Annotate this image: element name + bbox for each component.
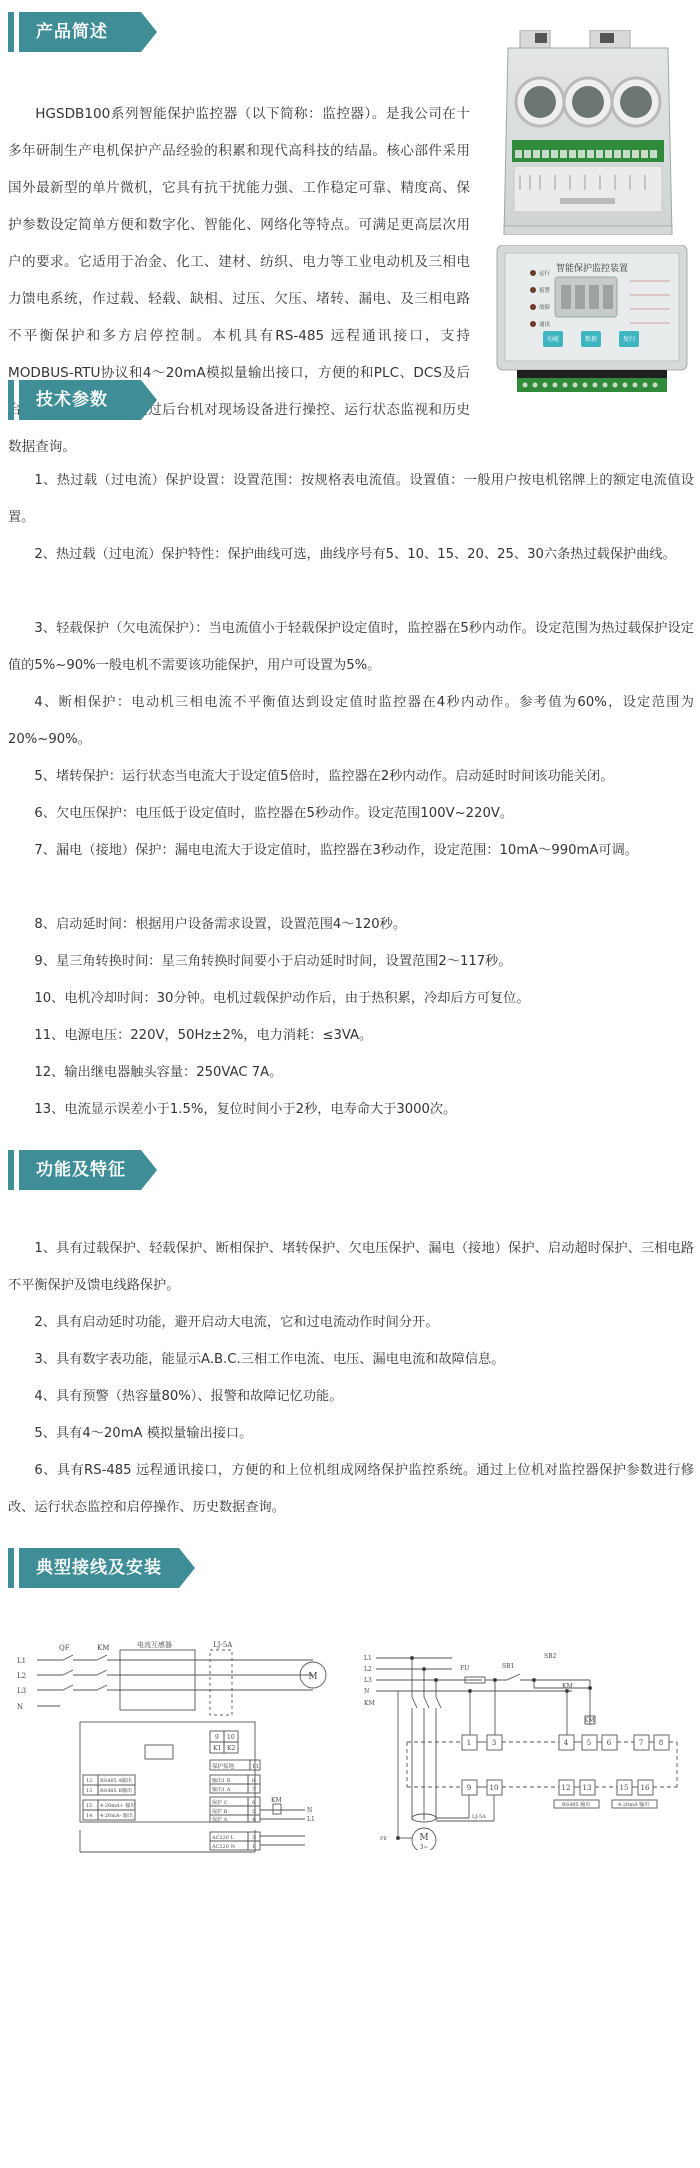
lj-label: LJ-5A xyxy=(213,1641,233,1649)
ma-label: 4-20mA 输出 xyxy=(618,1801,649,1808)
ground-no: 11 xyxy=(252,1764,259,1770)
line-label: L1 xyxy=(17,1657,26,1665)
spec-item: 7、漏电（接地）保护：漏电电流大于设定值时，监控器在3秒动作，设定范围：10mA… xyxy=(8,832,694,869)
terminal-no: 12 xyxy=(86,1778,92,1784)
feature-item: 5、具有4～20mA 模拟量输出接口。 xyxy=(8,1415,694,1452)
terminal-no: 8 xyxy=(659,1739,663,1747)
line-label: L3 xyxy=(364,1677,372,1684)
breaker-label: QF xyxy=(59,1644,70,1652)
ext-n: N xyxy=(307,1807,312,1814)
terminal-label: 4-20mA+ 输出 xyxy=(100,1802,135,1809)
terminal-no: 15 xyxy=(620,1784,629,1792)
line-label: L2 xyxy=(17,1672,26,1680)
header-arrow-icon xyxy=(141,12,157,52)
wiring-diagram-1-power: AC220 L 3 AC220 N 1 xyxy=(15,1830,335,1860)
spec-item: 2、热过载（过电流）保护特性：保护曲线可选，曲线序号有5、10、15、20、25… xyxy=(8,536,694,573)
spec-item: 5、堵转保护：运行状态当电流大于设定值5倍时，监控器在2秒内动作。启动延时时间该… xyxy=(8,758,694,795)
terminal-no: 7 xyxy=(639,1739,643,1747)
terminal-no: 4 xyxy=(252,1817,255,1823)
terminal-label: 保护 B xyxy=(212,1808,228,1815)
ground-label: 保护接地 xyxy=(212,1762,235,1770)
terminal-no: 8 xyxy=(252,1778,255,1784)
device-illustration xyxy=(500,30,675,235)
motor-sub-label: 3~ xyxy=(420,1844,429,1850)
panel-title: 智能保护监控装置 xyxy=(556,262,628,274)
spec-item: 1、热过载（过电流）保护设置：设置范围：按规格表电流值。设置值：一般用户按电机铭… xyxy=(8,462,694,536)
rs485-label: RS485 输出 xyxy=(562,1801,590,1808)
line-label: L3 xyxy=(17,1687,26,1695)
sb1-label: SB1 xyxy=(502,1663,514,1670)
terminal-no: 6 xyxy=(252,1800,255,1806)
line-label: N xyxy=(364,1688,369,1695)
spec-item: 9、星三角转换时间：星三角转换时间要小于启动延时时间，设置范围2～117秒。 xyxy=(8,943,694,980)
spec-item: 11、电源电压：220V，50Hz±2%，电力消耗：≤3VA。 xyxy=(8,1017,694,1054)
ext-l1: L1 xyxy=(307,1816,315,1823)
pe-label: PE xyxy=(380,1836,387,1842)
motor-label: M xyxy=(308,1672,317,1682)
terminal-name: K2 xyxy=(227,1745,235,1752)
feature-item: 6、具有RS-485 远程通讯接口，方便的和上位机组成网络保护监控系统。通过上位… xyxy=(8,1452,694,1526)
panel-button-label: 功能 xyxy=(547,335,559,343)
panel-button-label: 复归 xyxy=(623,335,635,343)
power-terminals-svg: AC220 L 3 AC220 N 1 xyxy=(15,1830,335,1860)
section-title: 产品简述 xyxy=(36,12,108,52)
km-label: KM xyxy=(364,1700,375,1707)
header-bar xyxy=(8,380,14,420)
terminal-label: AC220 L xyxy=(211,1835,235,1841)
indicator-label: 故障 xyxy=(539,303,551,311)
indicator-label: 报警 xyxy=(539,286,551,294)
ext-km: KM xyxy=(271,1797,282,1804)
product-photo-panel: 智能保护监控装置 运行 报警 故障 通讯 功能 数据 复归 xyxy=(495,245,690,400)
contactor-label: KM xyxy=(97,1644,109,1652)
terminal-label: RS485 B输出 xyxy=(100,1787,132,1794)
terminal-no: 1 xyxy=(252,1844,255,1850)
terminal-no: 3 xyxy=(252,1835,255,1841)
section-title: 典型接线及安装 xyxy=(36,1548,162,1588)
section-title: 技术参数 xyxy=(36,380,108,420)
product-photo-device xyxy=(500,30,675,235)
terminal-no: 10 xyxy=(490,1784,499,1792)
terminal-label: 输出1 B xyxy=(212,1777,231,1784)
terminal-no: 3 xyxy=(492,1739,496,1747)
feature-item: 2、具有启动延时功能，避开启动大电流，它和过电流动作时间分开。 xyxy=(8,1304,694,1341)
section-header-specs: 技术参数 xyxy=(8,380,153,420)
terminal-no: 14 xyxy=(86,1813,92,1819)
spec-item: 4、断相保护：电动机三相电流不平衡值达到设定值时监控器在4秒内动作。参考值为60… xyxy=(8,684,694,758)
line-label: L2 xyxy=(364,1666,372,1673)
header-arrow-icon xyxy=(179,1548,195,1588)
feature-item: 3、具有数字表功能，能显示A.B.C.三相工作电流、电压、漏电电流和故障信息。 xyxy=(8,1341,694,1378)
terminal-no: 7 xyxy=(252,1787,255,1793)
spec-item: 3、轻载保护（欠电流保护）：当电流值小于轻载保护设定值时，监控器在5秒内动作。设… xyxy=(8,610,694,684)
section-header-features: 功能及特征 xyxy=(8,1150,153,1190)
wiring-diagram-1-svg: L1 L2 L3 N QF KM 电流互感器 LJ-5A M 9 10 K1 K… xyxy=(15,1630,335,1830)
feature-item: 1、具有过载保护、轻载保护、断相保护、堵转保护、欠电压保护、漏电（接地）保护、启… xyxy=(8,1230,694,1304)
ct-label: 电流互感器 xyxy=(137,1640,172,1649)
terminal-no: 5 xyxy=(252,1809,255,1815)
section-title: 功能及特征 xyxy=(36,1150,126,1190)
terminal-label: 输出1 A xyxy=(212,1786,231,1793)
terminal-label: 保护 A xyxy=(212,1816,228,1823)
header-bar xyxy=(8,1548,14,1588)
terminal-no: 16 xyxy=(641,1784,650,1792)
header-arrow-icon xyxy=(141,1150,157,1190)
terminal-name: K1 xyxy=(213,1745,221,1752)
terminal-no: 6 xyxy=(607,1739,612,1747)
terminal-no: 1 xyxy=(467,1739,471,1747)
terminal-no: 4 xyxy=(564,1739,569,1747)
terminal-label: AC220 N xyxy=(211,1844,236,1850)
terminal-no: 10 xyxy=(227,1734,235,1741)
header-bar xyxy=(8,1150,14,1190)
terminal-no: 15 xyxy=(86,1803,92,1809)
lj-label: LJ-5A xyxy=(472,1814,486,1820)
fu-label: FU xyxy=(460,1665,469,1672)
feature-item: 4、具有预警（热容量80%）、报警和故障记忆功能。 xyxy=(8,1378,694,1415)
spec-item: 13、电流显示误差小于1.5%，复位时间小于2秒，电寿命大于3000次。 xyxy=(8,1091,694,1128)
terminal-label: RS485 A输出 xyxy=(100,1777,132,1784)
km-aux-label: KM xyxy=(562,1683,573,1690)
terminal-no: 13 xyxy=(86,1788,92,1794)
terminal-no: 9 xyxy=(467,1784,471,1792)
line-label: L1 xyxy=(364,1655,372,1662)
section-header-wiring: 典型接线及安装 xyxy=(8,1548,188,1588)
terminal-label: 4-20mA- 输出 xyxy=(100,1812,133,1819)
spec-item: 10、电机冷却时间：30分钟。电机过载保护动作后，由于热积累，冷却后方可复位。 xyxy=(8,980,694,1017)
sb2-label: SB2 xyxy=(544,1653,557,1660)
terminal-no: 9 xyxy=(215,1734,219,1741)
header-bar xyxy=(8,12,14,52)
terminal-label: 保护 C xyxy=(212,1799,228,1806)
spec-item: 8、启动延时间：根据用户设备需求设置，设置范围4～120秒。 xyxy=(8,906,694,943)
section-header-overview: 产品简述 xyxy=(8,12,153,52)
header-arrow-icon xyxy=(141,380,157,420)
coil-label: KM xyxy=(584,1717,595,1724)
panel-button-label: 数据 xyxy=(585,335,597,343)
wiring-diagram-2-svg: L1 L2 L3 N KM FU SB1 SB2 KM KM xyxy=(362,1650,682,1850)
motor-label: M xyxy=(419,1833,428,1843)
spec-item: 6、欠电压保护：电压低于设定值时，监控器在5秒动作。设定范围100V~220V。 xyxy=(8,795,694,832)
wiring-diagram-2: L1 L2 L3 N KM FU SB1 SB2 KM KM xyxy=(362,1650,682,1850)
indicator-label: 通讯 xyxy=(539,320,551,328)
terminal-no: 12 xyxy=(562,1784,571,1792)
terminal-no: 13 xyxy=(583,1784,592,1792)
indicator-label: 运行 xyxy=(539,269,551,277)
terminal-no: 5 xyxy=(587,1739,591,1747)
line-label: N xyxy=(17,1703,23,1711)
spec-item: 12、输出继电器触头容量：250VAC 7A。 xyxy=(8,1054,694,1091)
panel-illustration: 智能保护监控装置 运行 报警 故障 通讯 功能 数据 复归 xyxy=(495,245,690,400)
wiring-diagram-1: L1 L2 L3 N QF KM 电流互感器 LJ-5A M 9 10 K1 K… xyxy=(15,1630,335,1830)
